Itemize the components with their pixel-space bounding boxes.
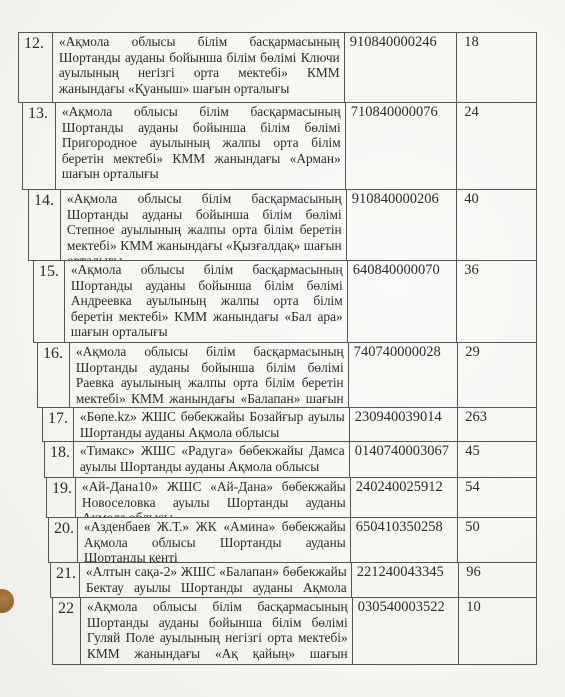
bin-number: 910840000246: [345, 33, 458, 102]
row-number: 21.: [51, 563, 80, 597]
organization-name: «Алтын сақа-2» ЖШС «Балапан» бөбекжайы Б…: [80, 563, 352, 597]
table-row: 19.«Ай-Дана10» ЖШС «Ай-Дана» бөбекжайы Н…: [46, 477, 537, 518]
bin-number: 710840000076: [346, 103, 458, 189]
children-count: 18: [457, 33, 536, 102]
row-number: 13.: [23, 103, 56, 189]
table-row: 13.«Ақмола облысы білім басқармасының Шо…: [22, 102, 537, 190]
bin-number: 650410350258: [351, 518, 459, 562]
children-count: 54: [458, 478, 536, 517]
bin-number: 221240043345: [352, 563, 460, 597]
organization-name: «Ақмола облысы білім басқармасының Шорта…: [81, 598, 353, 664]
table-row: 17.«Бөпе.kz» ЖШС бөбекжайы Бозайғыр ауыл…: [42, 407, 537, 442]
table-row: 16.«Ақмола облысы білім басқармасының Шо…: [37, 342, 537, 408]
children-count: 50: [458, 518, 536, 562]
row-number: 18.: [45, 442, 74, 477]
row-number: 14.: [29, 190, 61, 260]
row-number: 22: [53, 598, 81, 664]
children-count: 10: [459, 598, 536, 664]
organization-name: «Тимакс» ЖШС «Радуга» бөбекжайы Дамса ау…: [74, 442, 350, 477]
bin-number: 640840000070: [348, 261, 458, 342]
children-count: 36: [457, 261, 536, 342]
row-number: 15.: [34, 261, 65, 342]
row-number: 20.: [49, 518, 78, 562]
bin-number: 030540003522: [353, 598, 460, 664]
table-row: 21.«Алтын сақа-2» ЖШС «Балапан» бөбекжай…: [50, 562, 537, 598]
table-row: 12.«Ақмола облысы білім басқармасының Шо…: [18, 32, 537, 103]
bin-number: 0140740003067: [350, 442, 459, 477]
children-count: 40: [457, 190, 536, 260]
table-row: 18.«Тимакс» ЖШС «Радуга» бөбекжайы Дамса…: [44, 441, 537, 478]
table-row: 14.«Ақмола облысы білім басқармасының Шо…: [28, 189, 537, 261]
children-count: 24: [457, 103, 536, 189]
children-count: 96: [459, 563, 536, 597]
organization-name: «Ай-Дана10» ЖШС «Ай-Дана» бөбекжайы Ново…: [76, 478, 351, 517]
children-count: 45: [458, 442, 536, 477]
organization-name: «Бөпе.kz» ЖШС бөбекжайы Бозайғыр ауылы Ш…: [74, 408, 350, 441]
row-number: 19.: [47, 478, 76, 517]
organization-name: «Ақмола облысы білім басқармасының Шорта…: [61, 190, 347, 260]
bin-number: 740740000028: [349, 343, 459, 407]
table-row: 22«Ақмола облысы білім басқармасының Шор…: [52, 597, 537, 665]
row-number: 12.: [19, 33, 53, 102]
bin-number: 910840000206: [347, 190, 458, 260]
table-row: 15.«Ақмола облысы білім басқармасының Шо…: [33, 260, 537, 343]
organization-name: «Азденбаев Ж.Т.» ЖК «Амина» бөбекжайы Ақ…: [78, 518, 351, 562]
bin-number: 240240025912: [351, 478, 459, 517]
row-number: 17.: [43, 408, 74, 441]
row-number: 16.: [38, 343, 70, 407]
children-count: 29: [458, 343, 536, 407]
bin-number: 230940039014: [350, 408, 459, 441]
organization-name: «Ақмола облысы білім басқармасының Шорта…: [53, 33, 345, 102]
organization-name: «Ақмола облысы білім басқармасының Шорта…: [65, 261, 348, 342]
organization-name: «Ақмола облысы білім басқармасының Шорта…: [56, 103, 346, 189]
children-count: 263: [458, 408, 536, 441]
table-row: 20.«Азденбаев Ж.Т.» ЖК «Амина» бөбекжайы…: [48, 517, 537, 563]
organization-name: «Ақмола облысы білім басқармасының Шорта…: [70, 343, 349, 407]
